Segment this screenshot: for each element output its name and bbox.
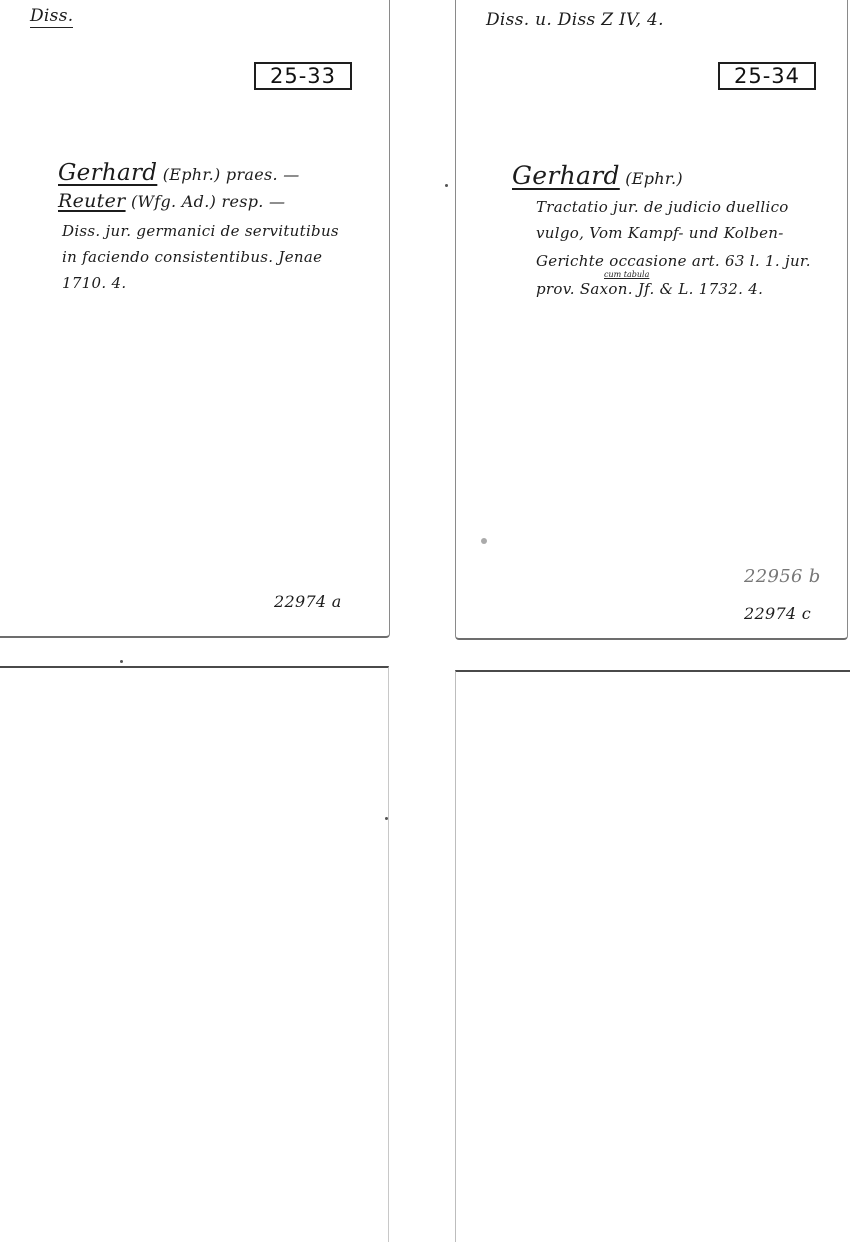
scan-speck [385, 817, 388, 820]
shelf-mark: Diss. u. Diss Z IV, 4. [486, 10, 664, 30]
blank-catalog-card [455, 670, 850, 1242]
author-primary-role: (Ephr.) praes. — [163, 165, 300, 184]
shelf-mark: Diss. [30, 6, 73, 26]
catalog-card-25-34: Diss. u. Diss Z IV, 4. 25-34 Gerhard (Ep… [455, 0, 848, 640]
catalog-card-25-33: Diss. 25-33 Gerhard (Ephr.) praes. — Reu… [0, 0, 390, 638]
scan-speck [120, 660, 123, 663]
entry-imprint-line: prov. Saxon. Jf. & L. 1732. 4. [536, 278, 763, 302]
accession-number-pencil: 22956 b [744, 566, 821, 587]
entry-title-line-1: Tractatio jur. de judicio duellico [536, 196, 789, 220]
entry-title-line-2: vulgo, Vom Kampf- und Kolben- [536, 222, 784, 246]
accession-number: 22974 a [274, 592, 342, 611]
call-number-box: 25-34 [718, 62, 816, 90]
call-number-box: 25-33 [254, 62, 352, 90]
entry-author-line: Gerhard (Ephr.) [512, 164, 683, 192]
shelf-mark-text: Diss. [30, 6, 73, 28]
entry-title-line-1: Diss. jur. germanici de servitutibus [62, 220, 339, 244]
scan-speck [481, 538, 487, 544]
entry-imprint-line: 1710. 4. [62, 272, 126, 296]
scan-speck [445, 184, 448, 187]
author-primary-qualifier: (Ephr.) [625, 169, 683, 188]
entry-respondent-line: Reuter (Wfg. Ad.) resp. — [58, 190, 285, 215]
accession-number: 22974 c [744, 604, 811, 623]
author-secondary-role: (Wfg. Ad.) resp. — [131, 192, 285, 211]
entry-title-line-3: Gerichte occasione art. 63 l. 1. jur. [536, 250, 811, 274]
author-primary: Gerhard [512, 161, 620, 190]
author-secondary: Reuter [58, 190, 126, 212]
entry-author-line: Gerhard (Ephr.) praes. — [58, 162, 300, 188]
blank-catalog-card [0, 666, 389, 1242]
entry-title-line-2: in faciendo consistentibus. Jenae [62, 246, 322, 270]
author-primary: Gerhard [58, 160, 157, 186]
